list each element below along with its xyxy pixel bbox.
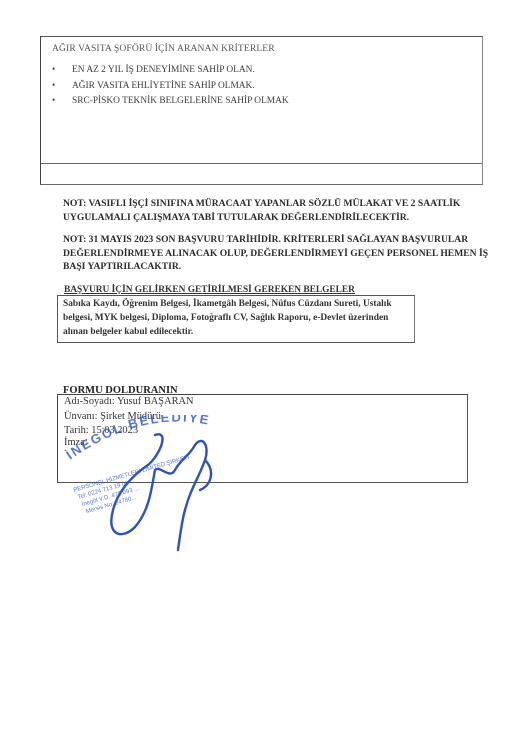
- divider: [41, 163, 482, 164]
- stamp-and-signature: İNEGÖL BELEDİYESİ PERSONEL HİZMETLERİ Lİ…: [60, 415, 260, 565]
- bullet-icon: •: [52, 93, 72, 108]
- bullet-icon: •: [52, 62, 72, 77]
- note-interview: NOT: VASIFLI İŞÇİ SINIFINA MÜRACAAT YAPA…: [63, 197, 493, 224]
- note-deadline: NOT: 31 MAYIS 2023 SON BAŞVURU TARİHİDİR…: [63, 233, 493, 274]
- criteria-title: AĞIR VASITA ŞOFÖRÜ İÇİN ARANAN KRİTERLER: [52, 43, 275, 54]
- svg-text:İNEGÖL BELEDİYESİ: İNEGÖL BELEDİYESİ: [60, 415, 212, 462]
- criteria-box: [40, 36, 483, 185]
- list-item: •SRC-PİSKO TEKNİK BELGELERİNE SAHİP OLMA…: [52, 93, 289, 109]
- list-item: •AĞIR VASITA EHLİYETİNE SAHİP OLMAK.: [52, 78, 289, 94]
- form-name: Adı-Soyadı: Yusuf BAŞARAN: [64, 396, 194, 407]
- documents-heading: BAŞVURU İÇİN GELİRKEN GETİRİLMESİ GEREKE…: [64, 285, 355, 295]
- company-stamp-icon: İNEGÖL BELEDİYESİ PERSONEL HİZMETLERİ Lİ…: [60, 415, 212, 517]
- list-item: •EN AZ 2 YIL İŞ DENEYİMİNE SAHİP OLAN.: [52, 62, 289, 78]
- bullet-icon: •: [52, 78, 72, 93]
- criteria-list: •EN AZ 2 YIL İŞ DENEYİMİNE SAHİP OLAN. •…: [52, 62, 289, 109]
- documents-text: Sabıka Kaydı, Öğrenim Belgesi, İkametgâh…: [63, 297, 413, 339]
